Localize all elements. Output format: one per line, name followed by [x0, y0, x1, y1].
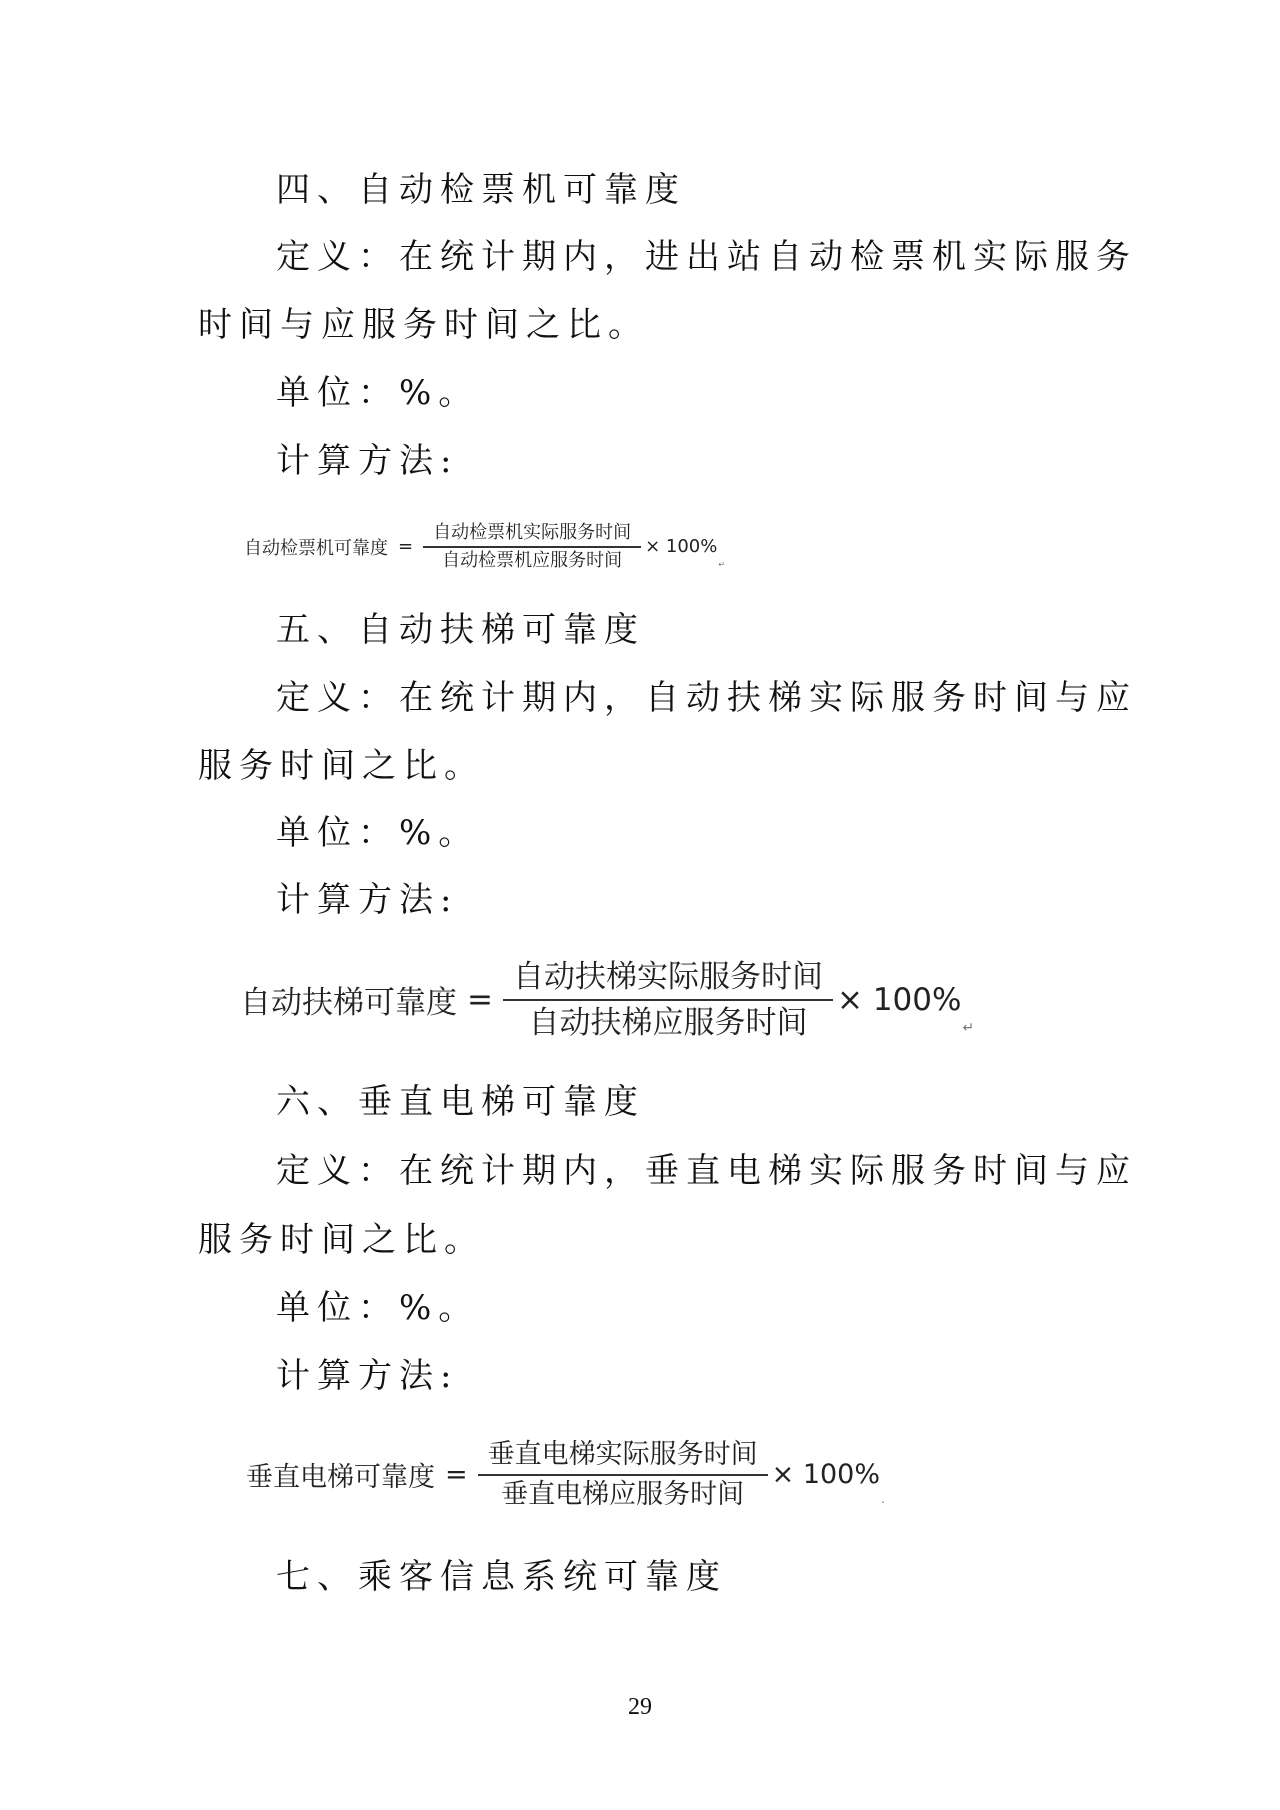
definition-line: 定义：在统计期内，垂直电梯实际服务时间与应: [276, 1151, 1137, 1191]
numerator: 垂直电梯实际服务时间: [478, 1436, 768, 1474]
formula-lhs: 自动检票机可靠度: [244, 534, 388, 560]
paragraph-mark-icon: .: [881, 1492, 885, 1506]
denominator: 垂直电梯应服务时间: [491, 1476, 754, 1514]
definition-line: 定义：在统计期内，自动扶梯实际服务时间与应: [276, 678, 1137, 718]
section-heading-elevator: 六、垂直电梯可靠度: [276, 1082, 645, 1122]
unit-line: 单位：%。: [276, 373, 479, 413]
unit-line: 单位：%。: [276, 813, 479, 853]
fraction: 垂直电梯实际服务时间 垂直电梯应服务时间: [478, 1436, 768, 1514]
multiplier: × 100%: [645, 536, 717, 557]
paragraph-mark-icon: ↵: [718, 559, 725, 569]
unit-line: 单位：%。: [276, 1288, 479, 1328]
definition-continuation: 时间与应服务时间之比。: [198, 305, 649, 345]
denominator: 自动检票机应服务时间: [432, 548, 632, 574]
formula-elevator-reliability: 垂直电梯可靠度 = 垂直电梯实际服务时间 垂直电梯应服务时间 × 100% .: [246, 1436, 885, 1514]
definition-line: 定义：在统计期内，进出站自动检票机实际服务: [276, 237, 1137, 277]
fraction: 自动扶梯实际服务时间 自动扶梯应服务时间: [503, 955, 833, 1045]
paragraph-mark-icon: ↵: [962, 1020, 974, 1036]
equals-sign: =: [467, 982, 493, 1018]
denominator: 自动扶梯应服务时间: [518, 1001, 817, 1045]
equals-sign: =: [398, 536, 413, 557]
formula-lhs: 垂直电梯可靠度: [246, 1455, 435, 1494]
page-number: 29: [0, 1694, 1280, 1721]
equals-sign: =: [445, 1459, 468, 1490]
method-label: 计算方法:: [276, 1356, 458, 1396]
multiplier: × 100%: [772, 1459, 880, 1490]
fraction: 自动检票机实际服务时间 自动检票机应服务时间: [423, 520, 641, 574]
method-label: 计算方法:: [276, 441, 458, 481]
numerator: 自动扶梯实际服务时间: [503, 955, 833, 999]
formula-lhs: 自动扶梯可靠度: [240, 977, 457, 1022]
section-heading-ticket-gate: 四、自动检票机可靠度: [276, 170, 686, 210]
section-heading-passenger-info-system: 七、乘客信息系统可靠度: [276, 1557, 727, 1597]
definition-continuation: 服务时间之比。: [198, 746, 485, 786]
section-heading-escalator: 五、自动扶梯可靠度: [276, 610, 645, 650]
numerator: 自动检票机实际服务时间: [423, 520, 641, 546]
formula-ticket-gate-reliability: 自动检票机可靠度 = 自动检票机实际服务时间 自动检票机应服务时间 × 100%…: [244, 520, 725, 574]
formula-escalator-reliability: 自动扶梯可靠度 = 自动扶梯实际服务时间 自动扶梯应服务时间 × 100% ↵: [240, 955, 974, 1045]
definition-continuation: 服务时间之比。: [198, 1220, 485, 1260]
multiplier: × 100%: [837, 982, 961, 1018]
method-label: 计算方法:: [276, 880, 458, 920]
